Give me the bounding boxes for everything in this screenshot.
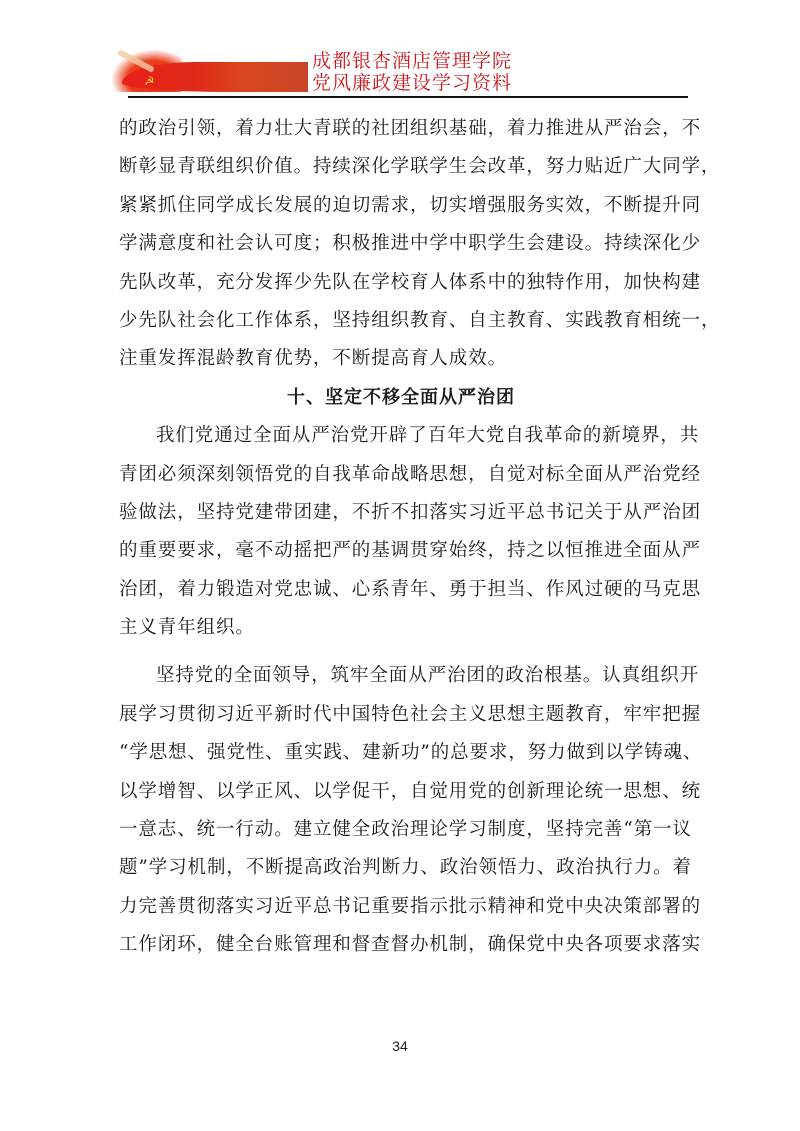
document-subtitle: 党风廉政建设学习资料	[312, 72, 512, 94]
text-line: 注重发挥混龄教育优势，不断提高育人成效。	[119, 340, 683, 378]
institution-name: 成都银杏酒店管理学院	[312, 50, 512, 72]
paragraph-spacing	[119, 647, 683, 657]
text-line: 坚持党的全面领导，筑牢全面从严治团的政治根基。认真组织开	[119, 657, 683, 695]
text-line: 的政治引领，着力壮大青联的社团组织基础，着力推进从严治会，不	[119, 110, 683, 148]
text-line: 青团必须深刻领悟党的自我革命战略思想，自觉对标全面从严治党经	[119, 456, 683, 494]
paragraph-2: 坚持党的全面领导，筑牢全面从严治团的政治根基。认真组织开 展学习贯彻习近平新时代…	[119, 657, 683, 964]
text-line: “学思想、强党性、重实践、建新功”的总要求，努力做到以学铸魂、	[119, 734, 683, 772]
text-line: 一意志、统一行动。建立健全政治理论学习制度，坚持完善“第一议	[119, 811, 683, 849]
text-line: 的重要要求，毫不动摇把严的基调贯穿始终，持之以恒推进全面从严	[119, 532, 683, 570]
text-line: 主义青年组织。	[119, 609, 683, 647]
header-title: 成都银杏酒店管理学院 党风廉政建设学习资料	[312, 50, 512, 94]
party-banner-image: ☭	[112, 48, 308, 94]
text-line: 学满意度和社会认可度；积极推进中学中职学生会建设。持续深化少	[119, 225, 683, 263]
text-line: 紧紧抓住同学成长发展的迫切需求，切实增强服务实效，不断提升同	[119, 187, 683, 225]
text-line: 力完善贯彻落实习近平总书记重要指示批示精神和党中央决策部署的	[119, 888, 683, 926]
text-line: 以学增智、以学正风、以学促干，自觉用党的创新理论统一思想、统	[119, 773, 683, 811]
text-line: 先队改革，充分发挥少先队在学校育人体系中的独特作用，加快构建	[119, 264, 683, 302]
section-heading: 十、坚定不移全面从严治团	[119, 379, 683, 417]
text-line: 题”学习机制，不断提高政治判断力、政治领悟力、政治执行力。着	[119, 849, 683, 887]
document-header: ☭ 成都银杏酒店管理学院 党风廉政建设学习资料	[112, 48, 690, 96]
text-line: 展学习贯彻习近平新时代中国特色社会主义思想主题教育，牢牢把握	[119, 696, 683, 734]
paragraph-continued: 的政治引领，着力壮大青联的社团组织基础，着力推进从严治会，不 断彰显青联组织价值…	[119, 110, 683, 379]
text-line: 断彰显青联组织价值。持续深化学联学生会改革，努力贴近广大同学，	[119, 148, 683, 186]
header-divider	[128, 96, 688, 98]
page-number: 34	[0, 1038, 800, 1054]
text-line: 少先队社会化工作体系，坚持组织教育、自主教育、实践教育相统一，	[119, 302, 683, 340]
hammer-sickle-icon: ☭	[144, 74, 155, 88]
document-body: 的政治引领，着力壮大青联的社团组织基础，着力推进从严治会，不 断彰显青联组织价值…	[119, 110, 683, 965]
text-line: 治团，着力锻造对党忠诚、心系青年、勇于担当、作风过硬的马克思	[119, 571, 683, 609]
text-line: 工作闭环，健全台账管理和督查督办机制，确保党中央各项要求落实	[119, 926, 683, 964]
text-line: 我们党通过全面从严治党开辟了百年大党自我革命的新境界，共	[119, 417, 683, 455]
text-line: 验做法，坚持党建带团建，不折不扣落实习近平总书记关于从严治团	[119, 494, 683, 532]
paragraph-1: 我们党通过全面从严治党开辟了百年大党自我革命的新境界，共 青团必须深刻领悟党的自…	[119, 417, 683, 647]
